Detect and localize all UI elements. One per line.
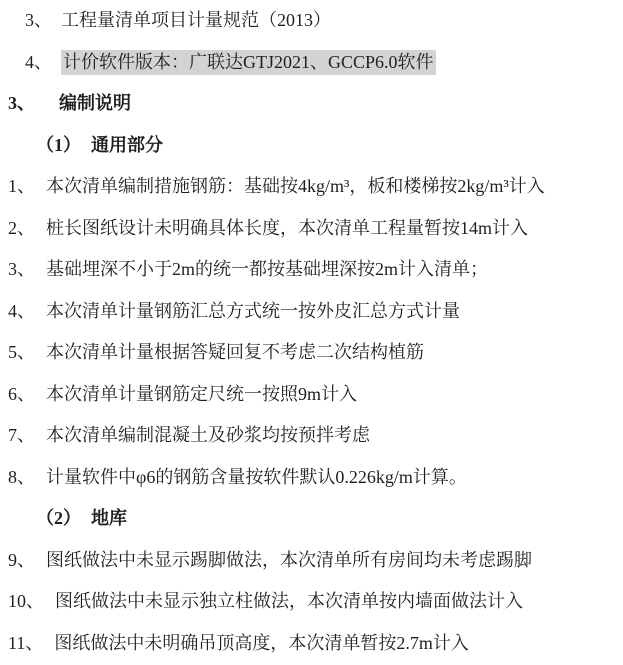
line-text: 基础埋深不小于2m的统一都按基础埋深按2m计入清单； [46, 259, 488, 279]
line-text: 本次清单编制措施钢筋：基础按4kg/m³，板和楼梯按2kg/m³计入 [46, 176, 545, 196]
line-text: 本次清单计量钢筋汇总方式统一按外皮汇总方式计量 [46, 301, 460, 321]
section-heading: 3、编制说明 [0, 83, 623, 125]
line-text: 本次清单计量根据答疑回复不考虑二次结构植筋 [46, 342, 424, 362]
line-number: 6、 [8, 384, 35, 404]
document-line: 2、桩长图纸设计未明确具体长度，本次清单工程量暂按14m计入 [0, 208, 623, 250]
section-heading: （2）地库 [0, 498, 623, 540]
document-line: 5、本次清单计量根据答疑回复不考虑二次结构植筋 [0, 332, 623, 374]
line-number: 8、 [8, 467, 35, 487]
highlighted-text: 计价软件版本：广联达GTJ2021、GCCP6.0软件 [61, 50, 436, 75]
document-line: 8、计量软件中φ6的钢筋含量按软件默认0.226kg/m计算。 [0, 457, 623, 499]
document-line: 3、基础埋深不小于2m的统一都按基础埋深按2m计入清单； [0, 249, 623, 291]
line-text: 计量软件中φ6的钢筋含量按软件默认0.226kg/m计算。 [46, 467, 467, 487]
line-number: 4、 [8, 301, 35, 321]
line-text: 本次清单计量钢筋定尺统一按照9m计入 [46, 384, 357, 404]
line-text: 图纸做法中未显示独立柱做法，本次清单按内墙面做法计入 [55, 591, 523, 611]
line-number: 10、 [8, 591, 44, 611]
line-number: （1） [36, 135, 81, 155]
document-line: 7、本次清单编制混凝土及砂浆均按预拌考虑 [0, 415, 623, 457]
line-text: 通用部分 [91, 135, 163, 155]
document-line: 4、本次清单计量钢筋汇总方式统一按外皮汇总方式计量 [0, 291, 623, 333]
line-number: 11、 [8, 633, 43, 653]
line-number: 1、 [8, 176, 35, 196]
line-number: 3、 [8, 93, 35, 113]
line-number: 3、 [8, 259, 35, 279]
document-line: 9、图纸做法中未显示踢脚做法，本次清单所有房间均未考虑踢脚 [0, 540, 623, 582]
document-page: 3、工程量清单项目计量规范（2013）4、计价软件版本：广联达GTJ2021、G… [0, 0, 623, 665]
line-number: 7、 [8, 425, 35, 445]
line-text: 桩长图纸设计未明确具体长度，本次清单工程量暂按14m计入 [46, 218, 528, 238]
document-body: 3、工程量清单项目计量规范（2013）4、计价软件版本：广联达GTJ2021、G… [0, 0, 623, 664]
line-number: 9、 [8, 550, 35, 570]
line-number: （2） [36, 508, 81, 528]
line-number: 3、 [25, 10, 52, 30]
line-text: 图纸做法中未显示踢脚做法，本次清单所有房间均未考虑踢脚 [46, 550, 532, 570]
line-text: 编制说明 [59, 93, 131, 113]
line-text: 工程量清单项目计量规范（2013） [61, 10, 331, 30]
document-line: 1、本次清单编制措施钢筋：基础按4kg/m³，板和楼梯按2kg/m³计入 [0, 166, 623, 208]
line-text: 地库 [91, 508, 127, 528]
line-number: 5、 [8, 342, 35, 362]
line-number: 2、 [8, 218, 35, 238]
line-text: 本次清单编制混凝土及砂浆均按预拌考虑 [46, 425, 370, 445]
document-line: 10、图纸做法中未显示独立柱做法，本次清单按内墙面做法计入 [0, 581, 623, 623]
section-heading: （1）通用部分 [0, 125, 623, 167]
document-line: 11、图纸做法中未明确吊顶高度，本次清单暂按2.7m计入 [0, 623, 623, 665]
document-line: 3、工程量清单项目计量规范（2013） [0, 0, 623, 42]
document-line: 4、计价软件版本：广联达GTJ2021、GCCP6.0软件 [0, 42, 623, 84]
document-line: 6、本次清单计量钢筋定尺统一按照9m计入 [0, 374, 623, 416]
line-number: 4、 [25, 52, 52, 72]
line-text: 图纸做法中未明确吊顶高度，本次清单暂按2.7m计入 [54, 633, 469, 653]
